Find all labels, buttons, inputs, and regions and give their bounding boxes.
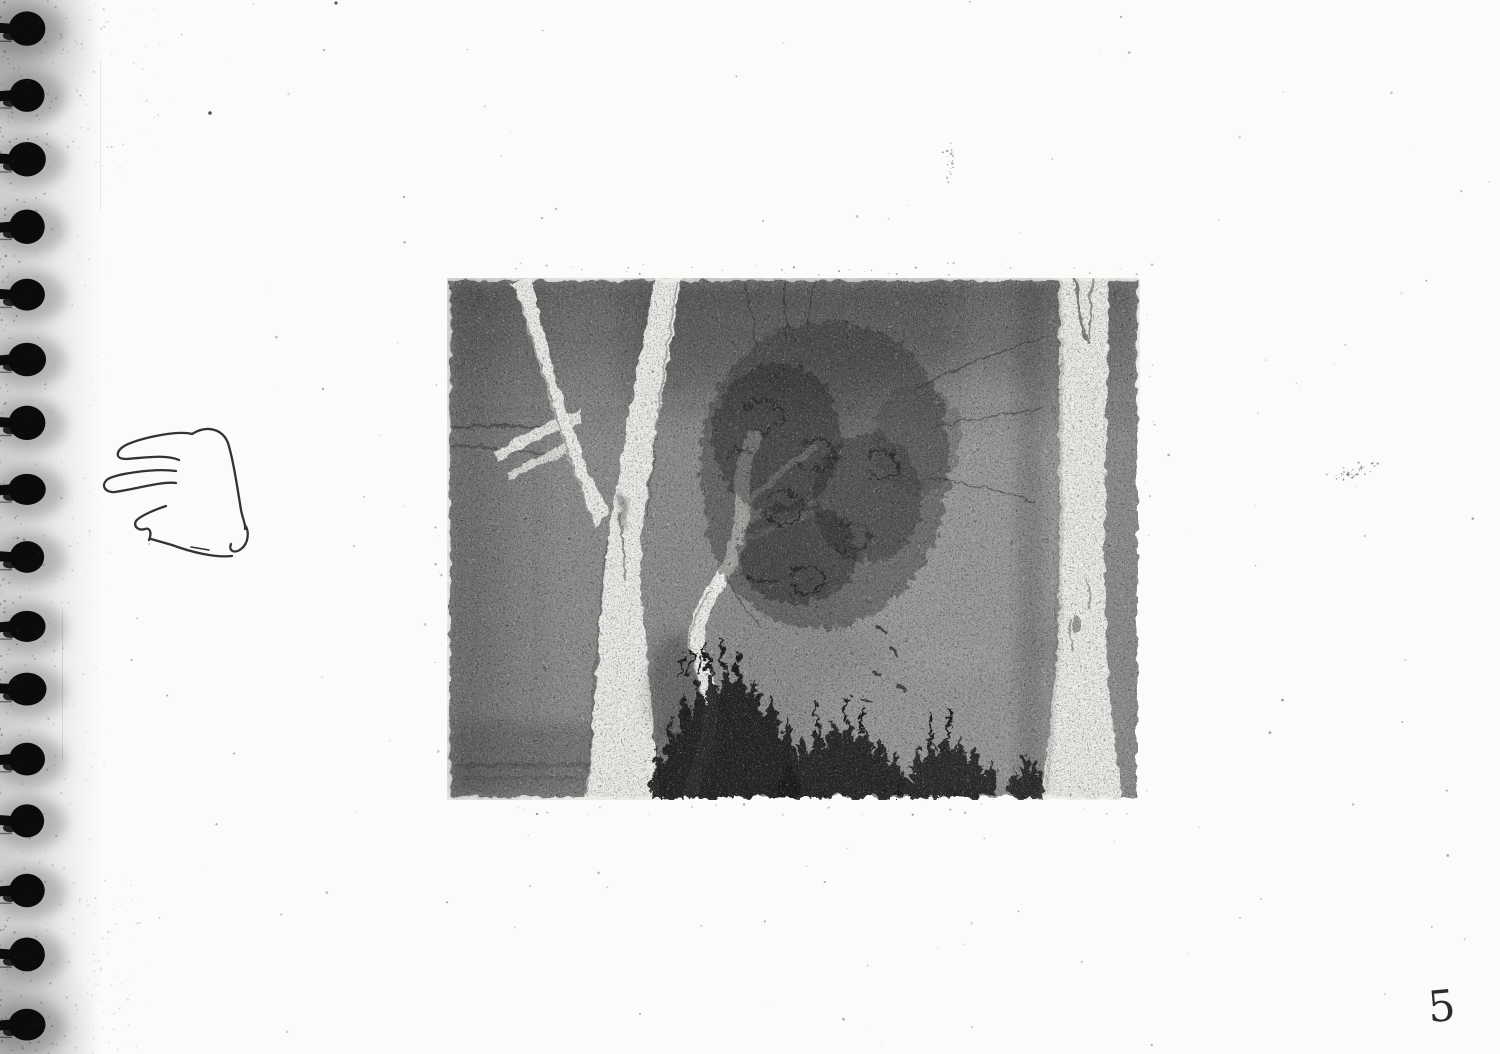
grain-light [450, 281, 1137, 797]
doodle-thumb [135, 506, 166, 540]
page-number: 5 [1426, 985, 1457, 1030]
charcoal-landscape-drawing [447, 278, 1140, 800]
doodle-finger-middle [104, 470, 176, 492]
hand-doodle-sketch [95, 415, 265, 565]
doodle-hand-outline [192, 429, 245, 529]
doodle-finger-top [118, 433, 192, 460]
scanned-sketchbook-page: 5 [0, 0, 1500, 1054]
doodle-stray-stroke [191, 547, 209, 550]
